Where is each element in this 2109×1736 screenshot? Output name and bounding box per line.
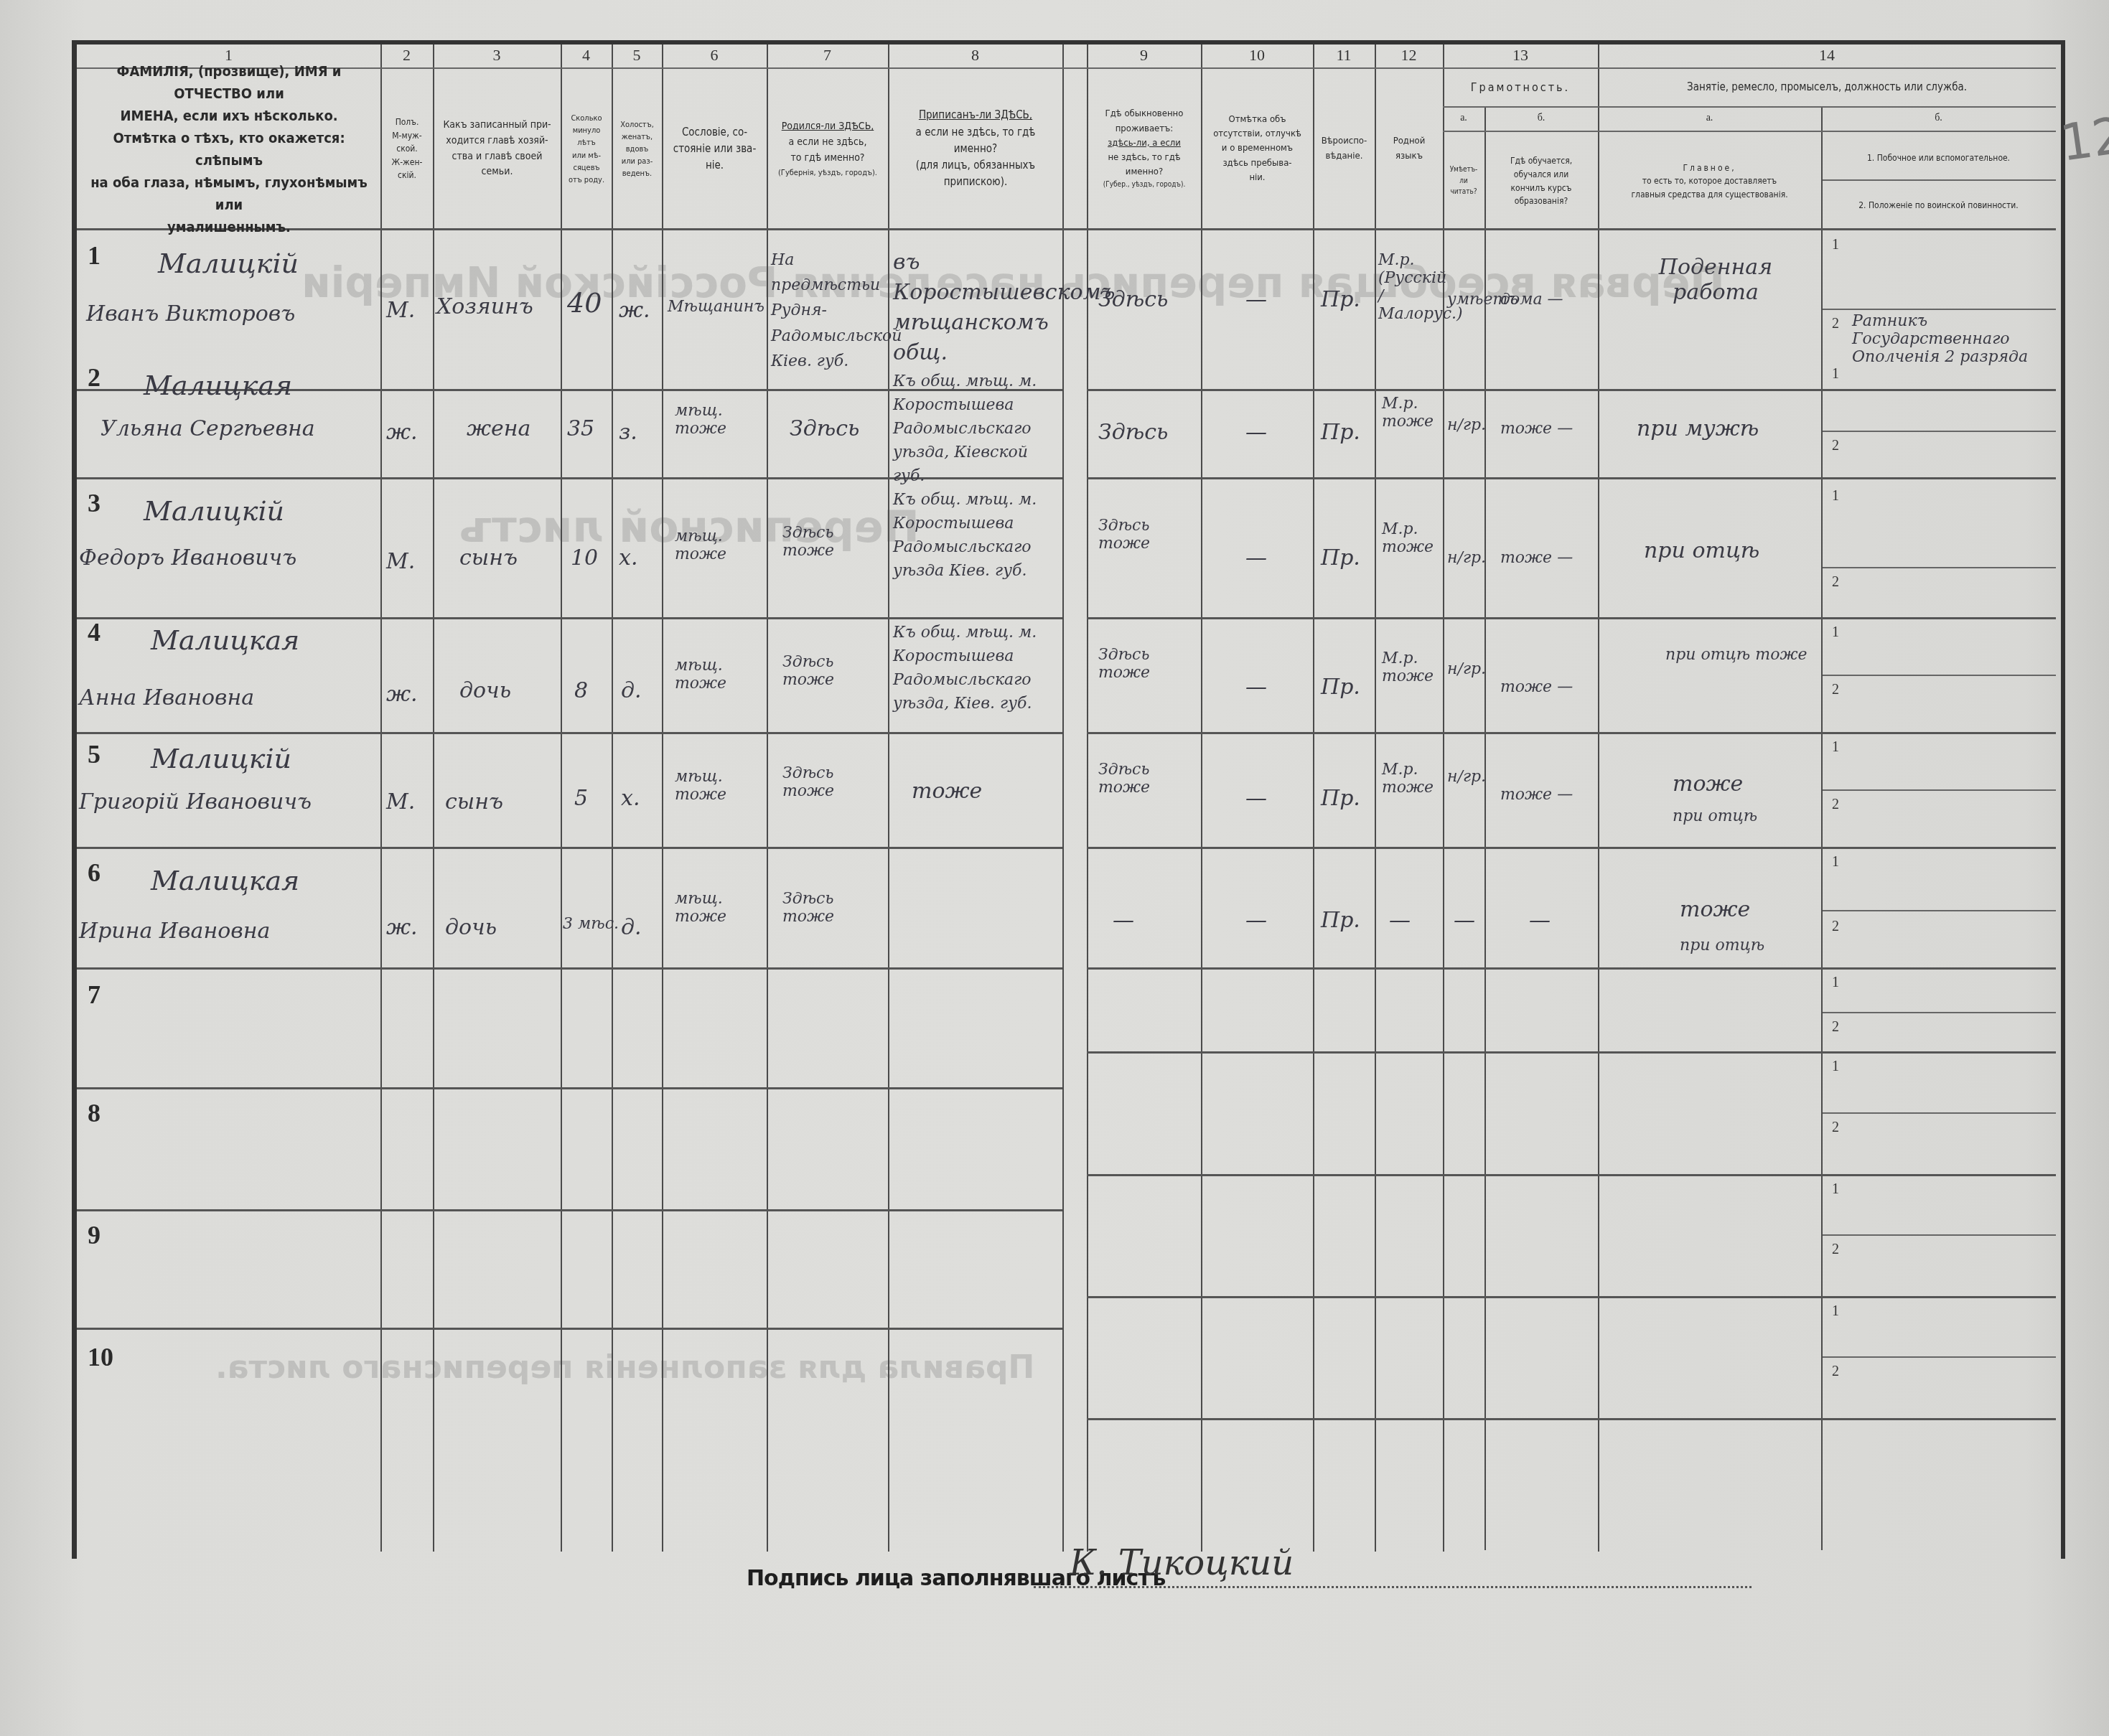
row2-age: 35	[567, 416, 594, 441]
header-col-13b: Гдѣ обучается,обучался иликончилъ курсъо…	[1486, 136, 1596, 226]
row6-marital: д.	[621, 915, 642, 940]
col-number-10: 10	[1201, 46, 1313, 67]
col-divider	[433, 44, 434, 1552]
row1-military-status: Ратникъ Государственнаго Ополченія 2 раз…	[1852, 312, 2053, 366]
header-col-13a: Умѣетъ-личитать?	[1444, 136, 1483, 226]
row-separator	[1087, 389, 2056, 391]
row3-surname: Малицкій	[144, 495, 284, 527]
subrow-label: 2	[1832, 438, 1839, 454]
row-number: 7	[88, 980, 100, 1010]
row5-name: Григорій Ивановичъ	[79, 789, 312, 815]
row1-marital: ж.	[619, 298, 650, 323]
header-col-14b-2: 2. Положеніе по воинской повинности.	[1823, 184, 2054, 227]
row1-residence: Здѣсь	[1098, 287, 1168, 312]
subrow-label: 1	[1832, 854, 1839, 871]
header-col-14b-label: б.	[1823, 108, 2054, 129]
row5-occupation-main: тоже	[1673, 771, 1743, 797]
row4-absence: —	[1245, 675, 1267, 700]
row4-age: 8	[574, 678, 588, 703]
col-divider	[612, 44, 613, 1552]
subrow-separator	[1823, 567, 2056, 568]
subrow-label: 2	[1832, 919, 1839, 935]
census-sheet: Первая всеобщая перепись населения Россі…	[0, 0, 2109, 1736]
row-separator	[1087, 967, 2056, 970]
col-divider	[1062, 44, 1064, 1552]
row6-absence: —	[1245, 908, 1267, 933]
row-separator	[1087, 1418, 2056, 1420]
col-divider	[1484, 108, 1486, 1550]
subrow-label: 2	[1832, 316, 1839, 332]
row2-relation: жена	[467, 416, 531, 441]
row2-sex: ж.	[386, 420, 418, 445]
row5-sex: М.	[386, 789, 415, 815]
header-col-14-group: Занятіе, ремесло, промыселъ, должность и…	[1599, 70, 2054, 105]
subrow-separator	[1823, 1234, 2056, 1236]
header-col-13-group: Грамотность.	[1444, 70, 1596, 105]
row-separator	[77, 847, 1062, 849]
subrow-separator	[1823, 1112, 2056, 1114]
col-number-9: 9	[1087, 46, 1201, 67]
row6-sex: ж.	[386, 915, 418, 940]
row3-estate: мѣщ. тоже	[675, 527, 764, 563]
row2-language: М.р. тоже	[1382, 395, 1443, 431]
row6-birthplace: Здѣсь тоже	[782, 890, 883, 926]
row6-occupation-note: при отцѣ	[1680, 937, 1764, 954]
row4-registered: Къ общ. мѣщ. м. Коростышева Радомысльска…	[893, 621, 1060, 715]
row2-literacy-b: тоже —	[1500, 420, 1573, 438]
row-number: 5	[88, 739, 100, 769]
row-separator	[77, 732, 1062, 734]
row1-literacy-b: дома —	[1500, 291, 1563, 309]
row2-registered: Къ общ. мѣщ. м. Коростышева Радомысльска…	[893, 370, 1060, 488]
row1-occupation-main: Поденная работа	[1622, 255, 1809, 305]
header-col-11: Вѣроиспо-вѣданіе.	[1314, 72, 1374, 226]
row1-age: 40	[567, 287, 602, 319]
row3-language: М.р. тоже	[1382, 520, 1443, 556]
row3-literacy-b: тоже —	[1500, 549, 1573, 567]
subrow-label: 1	[1832, 237, 1839, 253]
row5-literacy-a: н/гр.	[1447, 768, 1486, 786]
subrow-label: 1	[1832, 739, 1839, 756]
header-col-1: ФАМИЛІЯ, (прозвище), ИМЯ и ОТЧЕСТВО илиИ…	[79, 72, 379, 226]
header-col-2: Полъ.М-муж-ской.Ж-жен-скій.	[382, 72, 432, 226]
row2-absence: —	[1245, 420, 1267, 445]
row-number: 8	[88, 1098, 100, 1128]
subrow-separator	[1823, 675, 2056, 676]
row-separator	[77, 967, 1062, 970]
row5-age: 5	[574, 786, 588, 811]
row4-surname: Малицкая	[151, 624, 299, 656]
subrow-label: 2	[1832, 682, 1839, 698]
row4-occupation-main: при отцѣ тоже	[1665, 646, 1809, 664]
col-divider	[662, 44, 663, 1552]
row2-religion: Пр.	[1321, 420, 1360, 445]
subrow-label: 1	[1832, 1059, 1839, 1075]
header-col-14a: Главное,то есть то, которое доставляетъг…	[1599, 136, 1820, 226]
row1-estate: Мѣщанинъ	[668, 298, 764, 316]
row5-absence: —	[1245, 786, 1267, 811]
col-number-14: 14	[1598, 46, 2056, 67]
row6-language: —	[1389, 908, 1411, 933]
row1-name: Иванъ Викторовъ	[86, 301, 295, 327]
signature: К. Тикоцкий	[1070, 1543, 1294, 1583]
row4-literacy-b: тоже —	[1500, 678, 1573, 696]
row6-relation: дочь	[445, 915, 497, 940]
header-col-14b-1: 1. Побочное или вспомогательное.	[1823, 136, 2054, 179]
row1-language: М.р. (Русскій / Малорус.)	[1378, 251, 1443, 323]
subrow-label: 2	[1832, 1242, 1839, 1258]
row-separator	[1087, 1296, 2056, 1298]
row2-residence: Здѣсь	[1098, 420, 1168, 445]
row2-birthplace: Здѣсь	[790, 416, 859, 441]
subrow-label: 2	[1832, 1019, 1839, 1036]
col-divider	[1821, 108, 1823, 1550]
row1-surname: Малицкій	[158, 248, 299, 279]
row4-marital: д.	[621, 678, 642, 703]
row3-sex: М.	[386, 549, 415, 574]
row5-religion: Пр.	[1321, 786, 1360, 811]
col-divider	[1313, 44, 1314, 1552]
row1-birthplace: На предмѣстьи Рудня-Радомысльской Кіев. …	[771, 248, 886, 374]
row3-religion: Пр.	[1321, 545, 1360, 571]
col-divider	[380, 44, 382, 1552]
row3-residence: Здѣсь тоже	[1098, 517, 1199, 553]
subrow-label: 1	[1832, 488, 1839, 505]
header-col-6: Сословіе, со-стояніе или зва-ніе.	[663, 72, 766, 226]
row1-registered: въ Коростышевскомъ мѣщанскомъ общ.	[893, 248, 1060, 368]
subrow-label: 1	[1832, 975, 1839, 991]
row-number: 1	[88, 240, 100, 271]
header-col-13a-label: а.	[1444, 108, 1483, 129]
row3-name: Федоръ Ивановичъ	[79, 545, 296, 571]
row6-surname: Малицкая	[151, 865, 299, 896]
header-col-7: Родился-ли ЗДѢСЬ,а если не здѣсь,то гдѣ …	[768, 72, 887, 226]
subrow-label: 1	[1832, 1181, 1839, 1198]
row6-literacy-a: —	[1454, 908, 1475, 933]
col-divider	[767, 44, 768, 1552]
subrow-separator	[1823, 309, 2056, 310]
row-number: 2	[88, 362, 100, 393]
col-number-2: 2	[380, 46, 433, 67]
col-number-3: 3	[433, 46, 561, 67]
row3-age: 10	[571, 545, 598, 571]
subrow-label: 2	[1832, 797, 1839, 813]
col-divider	[888, 44, 889, 1552]
col-number-6: 6	[662, 46, 767, 67]
header-col-13b-label: б.	[1486, 108, 1596, 129]
row5-marital: х.	[621, 786, 640, 811]
col-number-4: 4	[561, 46, 612, 67]
row5-occupation-note: при отцѣ	[1673, 807, 1757, 825]
header-col-4: Сколькоминулолѣтъили мѣ-сяцевъотъ роду.	[562, 72, 611, 226]
row-separator	[1087, 1051, 2056, 1054]
header-col-5: Холостъ,женатъ,вдовъили раз-веденъ.	[613, 72, 661, 226]
col-number-8: 8	[888, 46, 1062, 67]
row-separator	[1087, 732, 2056, 734]
header-col-14a-label: а.	[1599, 108, 1820, 129]
signature-line	[1034, 1586, 1752, 1588]
col-number-11: 11	[1313, 46, 1375, 67]
row-separator	[1087, 1174, 2056, 1176]
row-separator	[1087, 477, 2056, 479]
col-divider	[1087, 44, 1088, 1552]
subrow-separator	[1823, 789, 2056, 791]
row3-registered: Къ общ. мѣщ. м. Коростышева Радомысльска…	[893, 488, 1060, 583]
row4-birthplace: Здѣсь тоже	[782, 653, 883, 689]
header-sub-line	[1443, 131, 2056, 132]
row1-sex: М.	[386, 298, 415, 323]
row-separator	[77, 1087, 1062, 1089]
row-number: 6	[88, 858, 100, 888]
row3-literacy-a: н/гр.	[1447, 549, 1486, 567]
row6-estate: мѣщ. тоже	[675, 890, 764, 926]
col-number-7: 7	[767, 46, 888, 67]
row4-name: Анна Ивановна	[79, 685, 254, 710]
subrow-separator	[1823, 910, 2056, 911]
row4-residence: Здѣсь тоже	[1098, 646, 1199, 682]
subrow-separator	[1823, 431, 2056, 432]
row3-birthplace: Здѣсь тоже	[782, 524, 883, 560]
subrow-label: 2	[1832, 1120, 1839, 1136]
subrow-separator	[1823, 1356, 2056, 1358]
row5-surname: Малицкій	[151, 743, 291, 774]
subrow-label: 1	[1832, 1303, 1839, 1320]
row3-absence: —	[1245, 545, 1267, 571]
header-col-14b-divider	[1823, 179, 2056, 181]
row4-religion: Пр.	[1321, 675, 1360, 700]
row6-name: Ирина Ивановна	[79, 919, 270, 944]
row-number: 3	[88, 488, 100, 518]
row1-absence: —	[1245, 287, 1267, 312]
subrow-label: 2	[1832, 1364, 1839, 1380]
row4-relation: дочь	[459, 678, 511, 703]
row1-relation: Хозяинъ	[436, 294, 533, 319]
row-separator	[1087, 847, 2056, 849]
col-number-12: 12	[1375, 46, 1443, 67]
row4-estate: мѣщ. тоже	[675, 657, 764, 693]
row-number: 4	[88, 617, 100, 647]
row6-occupation-main: тоже	[1680, 897, 1750, 922]
header-col-10: Отмѣтка объотсутствіи, отлучкѣи о времен…	[1202, 72, 1312, 226]
row5-relation: сынъ	[445, 789, 503, 815]
row-number: 10	[88, 1342, 113, 1372]
row3-relation: сынъ	[459, 545, 518, 571]
row2-literacy-a: н/гр.	[1447, 416, 1486, 434]
row2-occupation-main: при мужѣ	[1637, 416, 1759, 441]
row5-residence: Здѣсь тоже	[1098, 761, 1199, 797]
row5-registered: тоже	[912, 779, 982, 804]
row3-occupation-main: при отцѣ	[1644, 538, 1759, 563]
row5-language: М.р. тоже	[1382, 761, 1443, 797]
col-number-13: 13	[1443, 46, 1598, 67]
header-col-12: Роднойязыкъ	[1376, 72, 1442, 226]
header-col-3: Какъ записанный при-ходится главѣ хозяй-…	[434, 72, 560, 226]
row6-age: 3 мѣс.	[563, 915, 619, 933]
row6-residence: —	[1113, 908, 1134, 933]
row5-literacy-b: тоже —	[1500, 786, 1573, 804]
row1-religion: Пр.	[1321, 287, 1360, 312]
subrow-label: 1	[1832, 624, 1839, 641]
col-divider	[561, 44, 562, 1552]
row2-marital: з.	[619, 420, 637, 445]
header-col-9: Гдѣ обыкновеннопроживаетъ:здѣсь-ли, а ес…	[1088, 72, 1200, 226]
col-divider	[1201, 44, 1202, 1552]
row-separator	[1087, 617, 2056, 619]
subrow-label: 1	[1832, 366, 1839, 383]
row4-sex: ж.	[386, 682, 418, 707]
row5-estate: мѣщ. тоже	[675, 768, 764, 804]
subrow-separator	[1823, 1012, 2056, 1013]
row6-religion: Пр.	[1321, 908, 1360, 933]
col-number-5: 5	[612, 46, 662, 67]
subrow-label: 2	[1832, 574, 1839, 591]
row-separator	[77, 1328, 1062, 1330]
header-col-8: Приписанъ-ли ЗДѢСЬ,а если не здѣсь, то г…	[889, 72, 1062, 226]
row-separator	[77, 1209, 1062, 1211]
row-number: 9	[88, 1220, 100, 1250]
row4-literacy-a: н/гр.	[1447, 660, 1486, 678]
row6-literacy-b: —	[1529, 908, 1551, 933]
row2-estate: мѣщ. тоже	[675, 402, 764, 438]
row2-surname: Малицкая	[144, 370, 292, 401]
col-divider	[1375, 44, 1376, 1552]
row4-language: М.р. тоже	[1382, 649, 1443, 685]
row5-birthplace: Здѣсь тоже	[782, 764, 883, 800]
col-divider	[1598, 44, 1599, 1552]
row3-marital: х.	[619, 545, 637, 571]
row2-name: Ульяна Сергѣевна	[100, 416, 315, 441]
row-separator	[77, 617, 1062, 619]
